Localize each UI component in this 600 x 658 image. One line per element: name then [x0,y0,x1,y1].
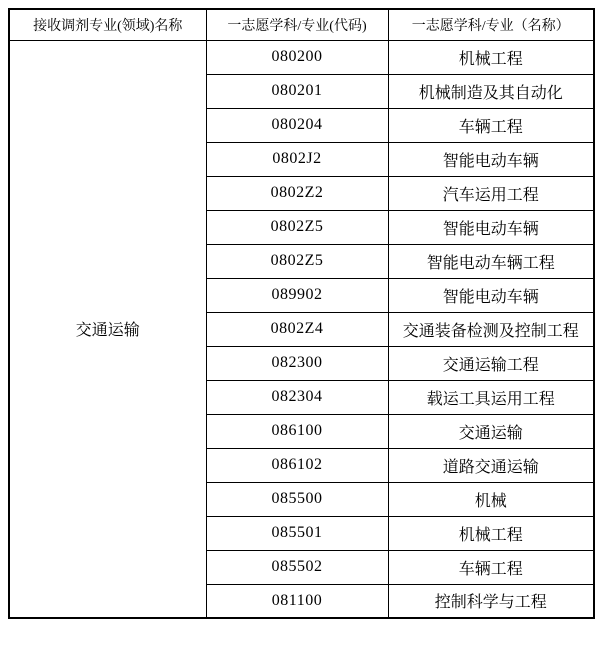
code-cell: 0802J2 [206,142,388,176]
name-cell: 交通运输工程 [388,346,594,380]
code-cell: 082304 [206,380,388,414]
code-cell: 080200 [206,40,388,74]
name-cell: 机械 [388,482,594,516]
code-cell: 085500 [206,482,388,516]
name-cell: 交通装备检测及控制工程 [388,312,594,346]
name-cell: 载运工具运用工程 [388,380,594,414]
name-cell: 汽车运用工程 [388,176,594,210]
header-receiving-major: 接收调剂专业(领域)名称 [9,9,206,40]
code-cell: 080201 [206,74,388,108]
name-cell: 交通运输 [388,414,594,448]
code-cell: 085502 [206,550,388,584]
name-cell: 控制科学与工程 [388,584,594,618]
code-cell: 0802Z2 [206,176,388,210]
table-header-row: 接收调剂专业(领域)名称 一志愿学科/专业(代码) 一志愿学科/专业（名称） [9,9,594,40]
table-row: 交通运输 080200 机械工程 [9,40,594,74]
code-cell: 081100 [206,584,388,618]
header-first-choice-code: 一志愿学科/专业(代码) [206,9,388,40]
code-cell: 080204 [206,108,388,142]
name-cell: 机械工程 [388,516,594,550]
receiving-major-cell: 交通运输 [9,40,206,618]
name-cell: 道路交通运输 [388,448,594,482]
name-cell: 智能电动车辆 [388,210,594,244]
code-cell: 086102 [206,448,388,482]
name-cell: 智能电动车辆 [388,142,594,176]
code-cell: 089902 [206,278,388,312]
name-cell: 机械制造及其自动化 [388,74,594,108]
code-cell: 0802Z5 [206,244,388,278]
code-cell: 082300 [206,346,388,380]
document-page: 接收调剂专业(领域)名称 一志愿学科/专业(代码) 一志愿学科/专业（名称） 交… [0,0,600,658]
name-cell: 车辆工程 [388,108,594,142]
code-cell: 086100 [206,414,388,448]
code-cell: 085501 [206,516,388,550]
name-cell: 智能电动车辆工程 [388,244,594,278]
code-cell: 0802Z4 [206,312,388,346]
code-cell: 0802Z5 [206,210,388,244]
name-cell: 车辆工程 [388,550,594,584]
name-cell: 机械工程 [388,40,594,74]
adjustment-majors-table: 接收调剂专业(领域)名称 一志愿学科/专业(代码) 一志愿学科/专业（名称） 交… [8,8,595,619]
header-first-choice-name: 一志愿学科/专业（名称） [388,9,594,40]
name-cell: 智能电动车辆 [388,278,594,312]
